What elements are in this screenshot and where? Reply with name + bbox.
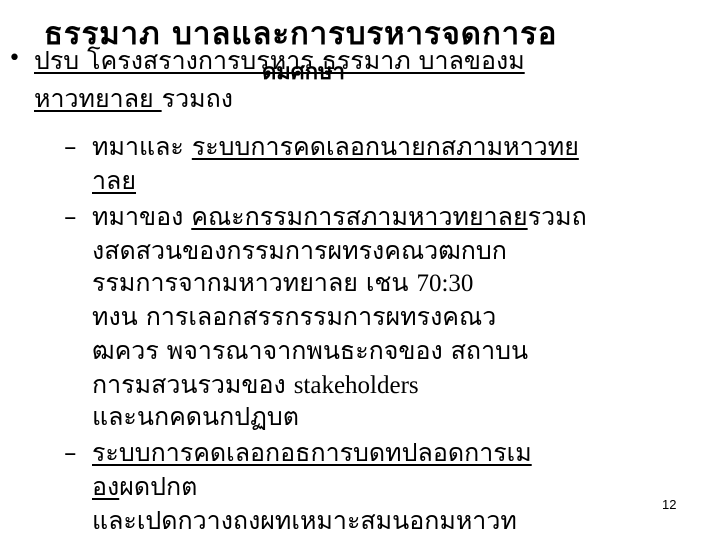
stakeholders-text: stakeholders (294, 372, 419, 399)
sub-item-1-underlined: ระบบการคดเลอกนายกสภามหาวทย (192, 132, 579, 161)
bullet-line-2-text: รวมถง (162, 84, 233, 113)
sub-item-3-line-3: และเปดกวางถงผทเหมาะสมนอกมหาวท (92, 504, 517, 538)
sub-item-3-underlined: ระบบการคดเลอกอธการบดทปลอดการเม (92, 438, 532, 467)
sub-item-3: –ระบบการคดเลอกอธการบดทปลอดการเม (64, 436, 532, 470)
sub-item-1-cont-text: าลย (92, 166, 136, 195)
sub-item-1: –ทมาและ ระบบการคดเลอกนายกสภามหาวทย (64, 130, 579, 164)
sub-item-1-lead: ทมาและ (92, 132, 192, 161)
sub-item-2: –ทมาของ คณะกรรมการสภามหาวทยาลยรวมถ (64, 200, 587, 234)
bullet-icon: • (8, 46, 21, 71)
sub-item-2-underlined: คณะกรรมการสภามหาวทยาลย (191, 202, 527, 231)
dash-icon: – (64, 130, 92, 164)
sub-item-2-line-6-text: การมสวนรวมของ (92, 370, 294, 399)
dash-icon: – (64, 436, 92, 470)
sub-item-2-line-4: ทงน การเลอกสรรกรรมการผทรงคณว (92, 300, 496, 334)
sub-item-3-line-2: องผดปกต (92, 470, 197, 504)
sub-item-2-line-3-text: รรมการจากมหาวทยาลย เชน (92, 268, 416, 297)
sub-item-2-line-2: งสดสวนของกรรมการผทรงคณวฒกบก (92, 234, 507, 268)
sub-item-2-line-6: การมสวนรวมของ stakeholders (92, 368, 419, 403)
overlapping-text: ดมศกษา (262, 54, 345, 89)
ratio-value: 70:30 (416, 270, 473, 297)
sub-item-3-line-2-underlined: อง (92, 472, 119, 501)
sub-item-3-line-2-text: ผดปกต (119, 472, 197, 501)
sub-item-2-line-5: ฒควร พจารณาจากพนธะกจของ สถาบน (92, 334, 528, 368)
bullet-line-2-underlined: หาวทยาลย (34, 84, 162, 113)
sub-item-2-tail: รวมถ (528, 202, 587, 231)
sub-item-2-lead: ทมาของ (92, 202, 191, 231)
sub-item-2-line-3: รรมการจากมหาวทยาลย เชน 70:30 (92, 266, 473, 301)
dash-icon: – (64, 200, 92, 234)
sub-item-2-line-7: และนกคดนกปฏบต (92, 400, 299, 434)
bullet-line-2: หาวทยาลย รวมถง (34, 82, 233, 116)
sub-item-1-cont: าลย (92, 164, 136, 198)
page-number: 12 (662, 497, 676, 512)
